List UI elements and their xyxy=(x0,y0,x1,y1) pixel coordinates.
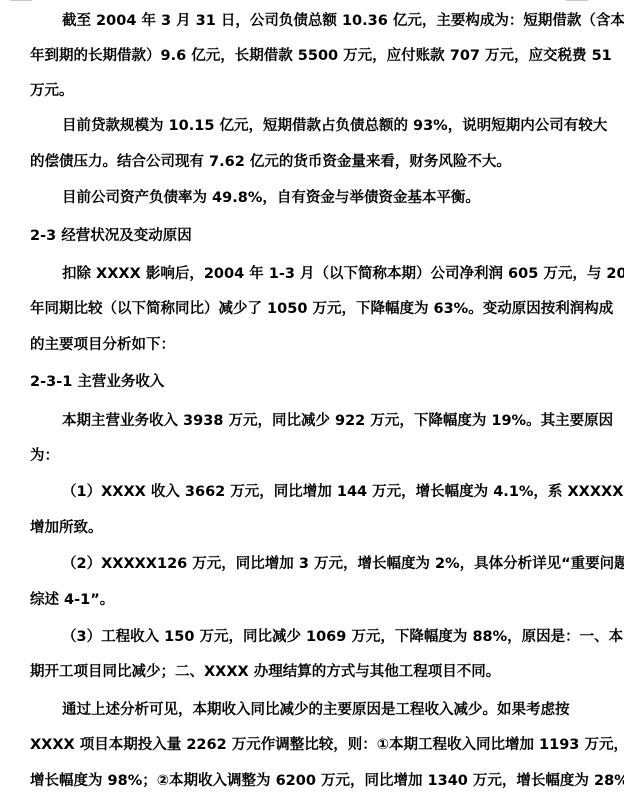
paragraph-8-line-1: （3）工程收入 150 万元，同比减少 1069 万元，下降幅度为 88%，原因… xyxy=(62,627,623,647)
paragraph-5-line-1: 本期主营业务收入 3938 万元，同比减少 922 万元，下降幅度为 19%。其… xyxy=(62,411,613,431)
paragraph-7-line-2: 综述 4-1”。 xyxy=(30,590,114,610)
paragraph-6-line-1: （1）XXXX 收入 3662 万元，同比增加 144 万元，增长幅度为 4.1… xyxy=(62,482,624,502)
crop-mark-right xyxy=(566,0,588,1)
paragraph-7-line-1: （2）XXXXX126 万元，同比增加 3 万元，增长幅度为 2%，具体分析详见… xyxy=(62,554,624,574)
paragraph-3-line-1: 目前公司资产负债率为 49.8%，自有资金与举债资金基本平衡。 xyxy=(62,188,480,208)
paragraph-2-line-2: 的偿债压力。结合公司现有 7.62 亿元的货币资金量来看，财务风险不大。 xyxy=(30,152,511,172)
paragraph-6-line-2: 增加所致。 xyxy=(30,518,103,538)
paragraph-8-line-2: 期开工项目同比减少；二、XXXX 办理结算的方式与其他工程项目不同。 xyxy=(30,662,500,682)
paragraph-1-line-3: 万元。 xyxy=(30,81,74,101)
paragraph-9-line-2: XXXX 项目本期投入量 2262 万元作调整比较，则：①本期工程收入同比增加 … xyxy=(30,735,624,755)
section-heading-2-3-1: 2-3-1 主营业务收入 xyxy=(30,372,164,392)
section-heading-2-3: 2-3 经营状况及变动原因 xyxy=(30,226,192,246)
crop-mark-left xyxy=(10,0,32,1)
paragraph-9-line-3: 增长幅度为 98%；②本期收入调整为 6200 万元，同比增加 1340 万元，… xyxy=(30,771,624,791)
paragraph-2-line-1: 目前贷款规模为 10.15 亿元，短期借款占负债总额的 93%，说明短期内公司有… xyxy=(62,116,607,136)
paragraph-4-line-2: 年同期比较（以下简称同比）减少了 1050 万元，下降幅度为 63%。变动原因按… xyxy=(30,299,613,319)
paragraph-4-line-1: 扣除 XXXX 影响后，2004 年 1-3 月（以下简称本期）公司净利润 60… xyxy=(62,264,624,284)
paragraph-1-line-1: 截至 2004 年 3 月 31 日，公司负债总额 10.36 亿元，主要构成为… xyxy=(62,11,624,31)
document-page: 截至 2004 年 3 月 31 日，公司负债总额 10.36 亿元，主要构成为… xyxy=(0,0,624,808)
paragraph-5-line-2: 为： xyxy=(30,446,59,466)
paragraph-1-line-2: 年到期的长期借款）9.6 亿元，长期借款 5500 万元，应付账款 707 万元… xyxy=(30,46,612,66)
paragraph-4-line-3: 的主要项目分析如下： xyxy=(30,335,175,355)
paragraph-9-line-1: 通过上述分析可见，本期收入同比减少的主要原因是工程收入减少。如果考虑按 xyxy=(62,700,570,720)
